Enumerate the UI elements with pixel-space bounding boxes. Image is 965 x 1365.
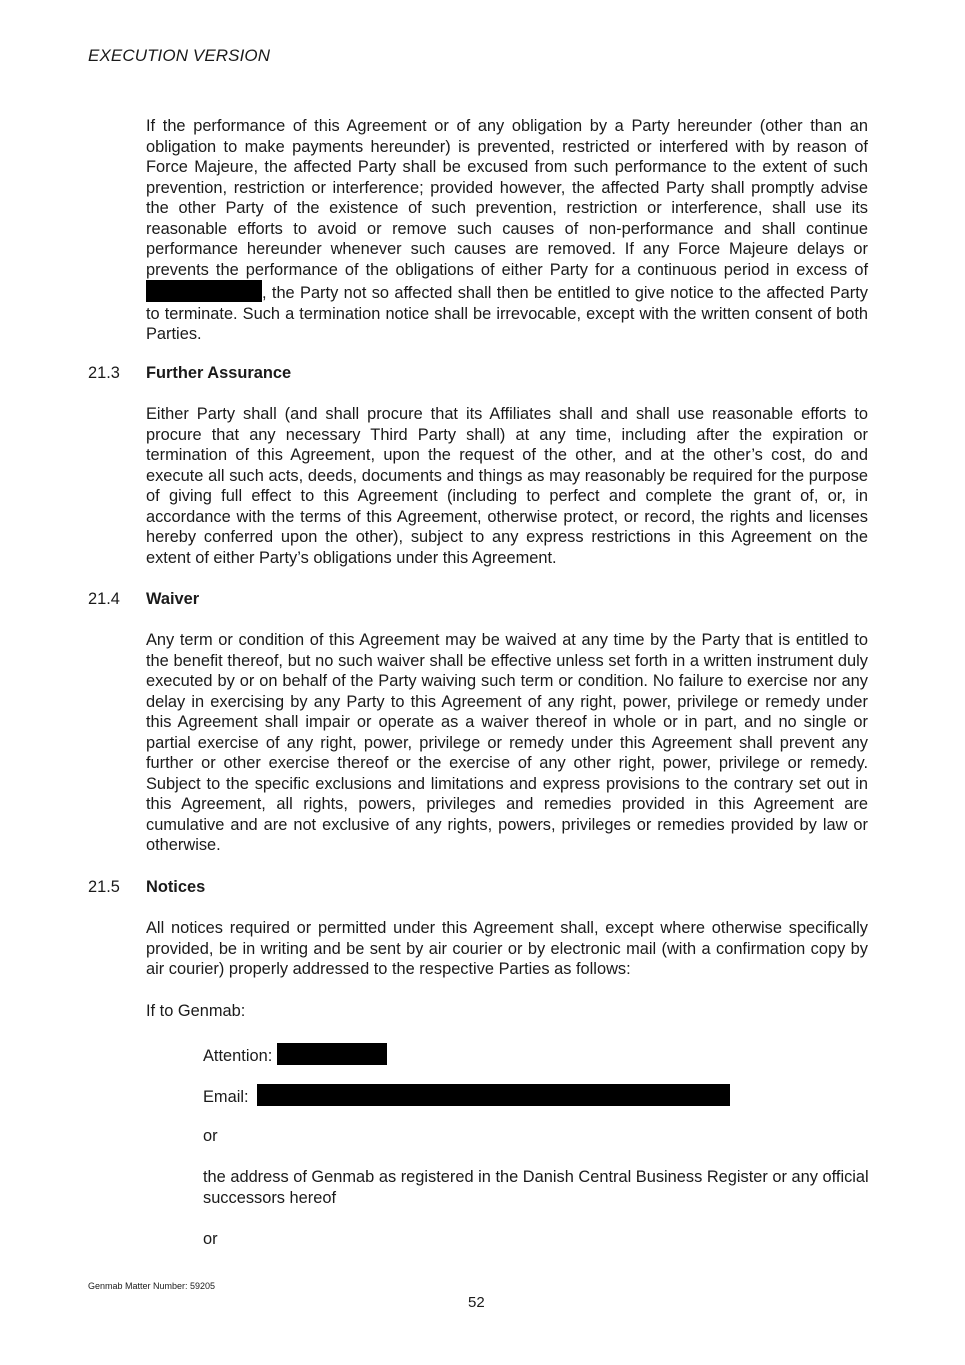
force-majeure-paragraph: If the performance of this Agreement or … (146, 116, 868, 345)
redaction-bar-email (257, 1084, 730, 1106)
section-heading-21-5: 21.5Notices (88, 877, 205, 897)
redaction-bar-period (146, 280, 262, 302)
notices-paragraph: All notices required or permitted under … (146, 918, 868, 980)
waiver-paragraph: Any term or condition of this Agreement … (146, 630, 868, 856)
matter-number-footer: Genmab Matter Number: 59205 (88, 1281, 215, 1291)
or-separator-1: or (203, 1126, 218, 1146)
page-number: 52 (468, 1294, 485, 1311)
force-majeure-text-before: If the performance of this Agreement or … (146, 117, 868, 279)
section-number: 21.4 (88, 589, 146, 609)
redaction-bar-attention (277, 1043, 387, 1065)
execution-version-header: EXECUTION VERSION (88, 46, 270, 66)
section-title: Waiver (146, 590, 199, 608)
attention-line: Attention: (203, 1043, 387, 1066)
attention-label: Attention: (203, 1047, 272, 1065)
section-heading-21-4: 21.4Waiver (88, 589, 199, 609)
if-to-genmab-label: If to Genmab: (146, 1001, 245, 1021)
section-title: Further Assurance (146, 364, 291, 382)
section-heading-21-3: 21.3Further Assurance (88, 363, 291, 383)
genmab-registered-address: the address of Genmab as registered in t… (203, 1167, 869, 1208)
further-assurance-paragraph: Either Party shall (and shall procure th… (146, 404, 868, 568)
section-number: 21.5 (88, 877, 146, 897)
email-label: Email: (203, 1088, 249, 1106)
or-separator-2: or (203, 1229, 218, 1249)
section-number: 21.3 (88, 363, 146, 383)
email-line: Email: (203, 1084, 730, 1107)
section-title: Notices (146, 878, 205, 896)
